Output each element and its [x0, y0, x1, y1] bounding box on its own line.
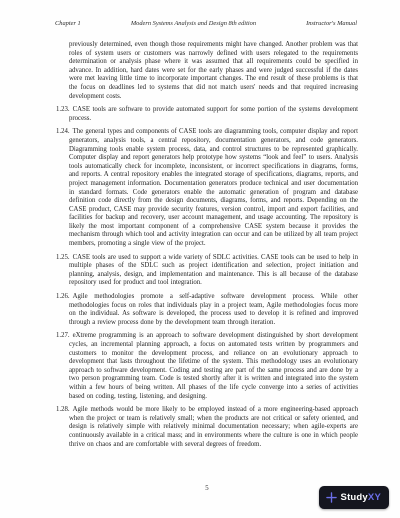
page-number: 5 — [56, 485, 358, 492]
paragraph-text: Agile methodologies promote a self-adapt… — [69, 293, 358, 326]
watermark-wordmark: StudyXY — [341, 492, 381, 503]
paragraph-1-25: 1.25.CASE tools are used to support a wi… — [56, 254, 358, 288]
paragraph-1-27: 1.27.eXtreme programming is an approach … — [56, 332, 358, 401]
paragraph-number: 1.26. — [56, 293, 70, 300]
document-body: previously determined, even though those… — [0, 27, 400, 449]
paragraph-1-23: 1.23.CASE tools are software to provide … — [56, 106, 358, 123]
paragraph-number: 1.27. — [56, 332, 70, 339]
paragraph-text: eXtreme programming is an approach to so… — [69, 332, 358, 399]
paragraph-text: previously determined, even though those… — [69, 41, 358, 100]
paragraph-number: 1.23. — [56, 106, 70, 113]
paragraph-1-28: 1.28.Agile methods would be more likely … — [56, 406, 358, 449]
header-manual-label: Instructor's Manual — [306, 20, 357, 27]
header-book-title: Modern Systems Analysis and Design 8th e… — [131, 20, 256, 27]
watermark-text-xy: XY — [368, 492, 381, 503]
paragraph-number: 1.25. — [56, 254, 70, 261]
paragraph-continuation: previously determined, even though those… — [56, 41, 358, 101]
watermark-text-study: Study — [341, 492, 368, 503]
plus-icon — [326, 492, 337, 503]
header-chapter: Chapter 1 — [55, 20, 81, 27]
paragraph-number: 1.24. — [56, 128, 70, 135]
document-page: Chapter 1 Modern Systems Analysis and De… — [0, 0, 400, 518]
paragraph-text: CASE tools are used to support a wide va… — [69, 254, 358, 287]
paragraph-1-24: 1.24.The general types and components of… — [56, 128, 358, 248]
studyxy-watermark-badge: StudyXY — [319, 486, 389, 509]
paragraph-text: Agile methods would be more likely to be… — [69, 406, 358, 447]
paragraph-text: CASE tools are software to provide autom… — [69, 106, 358, 122]
page-header: Chapter 1 Modern Systems Analysis and De… — [0, 0, 400, 27]
paragraph-1-26: 1.26.Agile methodologies promote a self-… — [56, 293, 358, 327]
paragraph-number: 1.28. — [56, 406, 70, 413]
paragraph-text: The general types and components of CASE… — [69, 128, 358, 247]
